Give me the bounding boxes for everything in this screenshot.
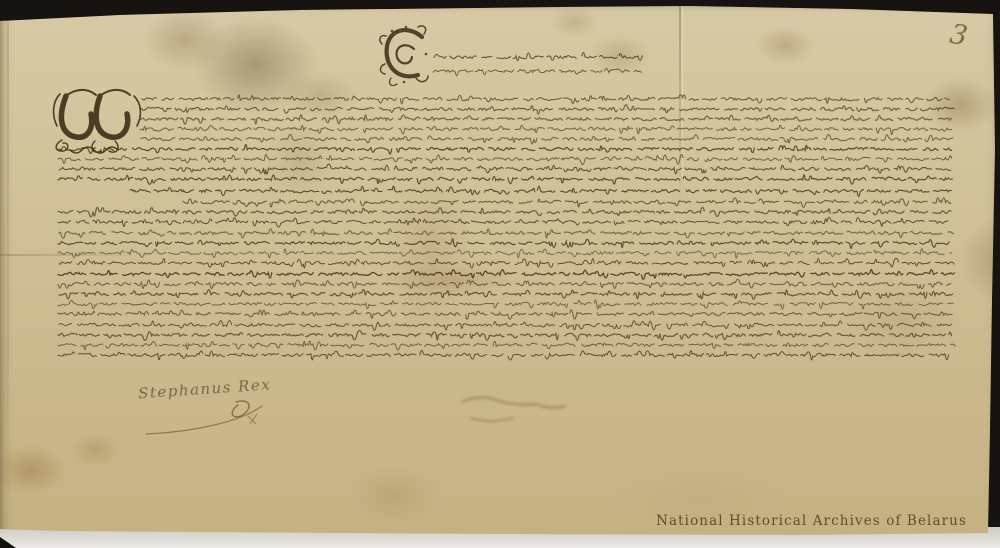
archive-watermark: National Historical Archives of Belarus [656, 513, 967, 529]
archive-photo: 3 Stephanus Rex National Historical Arch… [0, 0, 1000, 548]
signature-flourish [0, 0, 1000, 548]
parchment-sheet: 3 Stephanus Rex National Historical Arch… [0, 0, 1000, 548]
